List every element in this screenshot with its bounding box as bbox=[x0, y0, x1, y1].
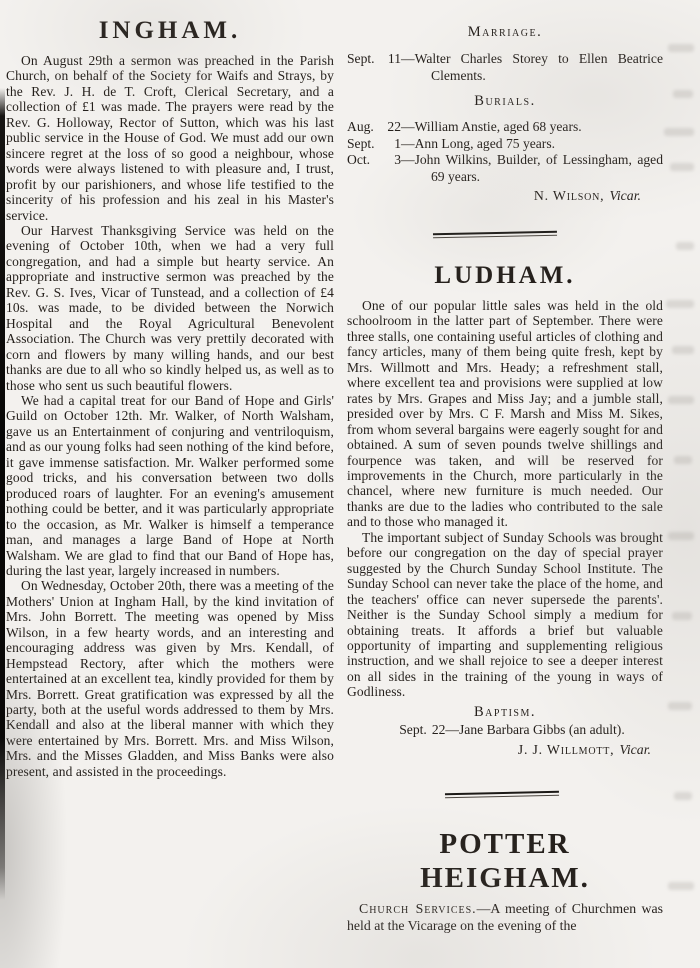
ingham-paragraph: Our Harvest Thanksgiving Service was hel… bbox=[6, 223, 334, 393]
baptism-heading: Baptism. bbox=[347, 704, 663, 720]
entry-month: Sept. bbox=[347, 51, 384, 68]
vicar-title: Vicar. bbox=[609, 188, 641, 203]
ludham-paragraph: The important subject of Sunday Schools … bbox=[347, 530, 663, 700]
entry-month: Oct. bbox=[347, 152, 384, 169]
section-divider bbox=[445, 791, 559, 798]
entry-day: 22 bbox=[432, 722, 446, 739]
showthrough-mark bbox=[668, 702, 692, 710]
section-divider bbox=[433, 231, 557, 239]
entry-day: 11 bbox=[384, 51, 401, 68]
left-column: INGHAM. On August 29th a sermon was prea… bbox=[6, 16, 334, 779]
marriage-entry: Sept.11—Walter Charles Storey to Ellen B… bbox=[347, 51, 663, 84]
burials-heading: Burials. bbox=[347, 93, 663, 109]
showthrough-mark bbox=[668, 882, 694, 890]
potter-heigham-paragraph: Church Services.—A meeting of Churchmen … bbox=[347, 901, 663, 934]
burial-entry: Oct.3—John Wilkins, Builder, of Lessingh… bbox=[347, 152, 663, 185]
showthrough-mark bbox=[672, 346, 694, 354]
vicar-title: Vicar. bbox=[619, 742, 651, 757]
ingham-paragraph: On August 29th a sermon was preached in … bbox=[6, 53, 334, 223]
ludham-paragraph: One of our popular little sales was held… bbox=[347, 298, 663, 530]
entry-text: —John Wilkins, Builder, of Lessingham, a… bbox=[401, 152, 663, 184]
showthrough-mark bbox=[673, 90, 693, 98]
entry-text: —Walter Charles Storey to Ellen Beatrice… bbox=[401, 51, 663, 83]
church-services-label: Church Services. bbox=[359, 901, 477, 916]
potter-heigham-title: POTTER HEIGHAM. bbox=[347, 827, 663, 895]
ingham-paragraph: On Wednesday, October 20th, there was a … bbox=[6, 578, 334, 779]
entry-month: Aug. bbox=[347, 119, 384, 136]
entry-text: —Jane Barbara Gibbs (an adult). bbox=[445, 722, 624, 737]
entry-day: 22 bbox=[384, 119, 401, 136]
entry-month: Sept. bbox=[399, 722, 427, 739]
burial-entry: Sept.1—Ann Long, aged 75 years. bbox=[347, 136, 663, 153]
marriage-heading: Marriage. bbox=[347, 24, 663, 40]
vicar-name: J. J. Willmott, bbox=[518, 742, 615, 757]
burials-signature: N. Wilson,Vicar. bbox=[347, 187, 663, 204]
ludham-body: One of our popular little sales was held… bbox=[347, 298, 663, 700]
burial-entry: Aug.22—William Anstie, aged 68 years. bbox=[347, 119, 663, 136]
showthrough-mark bbox=[668, 532, 694, 540]
ingham-paragraph: We had a capital treat for our Band of H… bbox=[6, 393, 334, 578]
ingham-title: INGHAM. bbox=[6, 16, 334, 46]
ingham-body: On August 29th a sermon was preached in … bbox=[6, 53, 334, 779]
entry-day: 3 bbox=[384, 152, 401, 169]
showthrough-mark bbox=[670, 163, 694, 171]
showthrough-mark bbox=[674, 792, 692, 800]
ludham-title: LUDHAM. bbox=[347, 261, 663, 291]
magazine-page: INGHAM. On August 29th a sermon was prea… bbox=[0, 0, 700, 968]
baptism-signature: J. J. Willmott,Vicar. bbox=[347, 741, 663, 758]
showthrough-mark bbox=[676, 242, 694, 250]
showthrough-mark bbox=[666, 300, 694, 308]
right-column: Marriage. Sept.11—Walter Charles Storey … bbox=[347, 24, 663, 934]
ludham-section: LUDHAM. One of our popular little sales … bbox=[347, 261, 663, 700]
entry-text: —William Anstie, aged 68 years. bbox=[401, 119, 582, 134]
entry-day: 1 bbox=[384, 136, 401, 153]
showthrough-mark bbox=[668, 44, 694, 52]
vicar-name: N. Wilson, bbox=[534, 188, 605, 203]
showthrough-mark bbox=[674, 456, 692, 464]
entry-month: Sept. bbox=[347, 136, 384, 153]
entry-text: —Ann Long, aged 75 years. bbox=[401, 136, 555, 151]
scan-edge-shadow bbox=[0, 88, 5, 900]
baptism-entry: Sept.22—Jane Barbara Gibbs (an adult). bbox=[347, 722, 663, 739]
showthrough-mark bbox=[668, 396, 694, 404]
showthrough-mark bbox=[664, 128, 694, 136]
showthrough-mark bbox=[672, 612, 692, 620]
